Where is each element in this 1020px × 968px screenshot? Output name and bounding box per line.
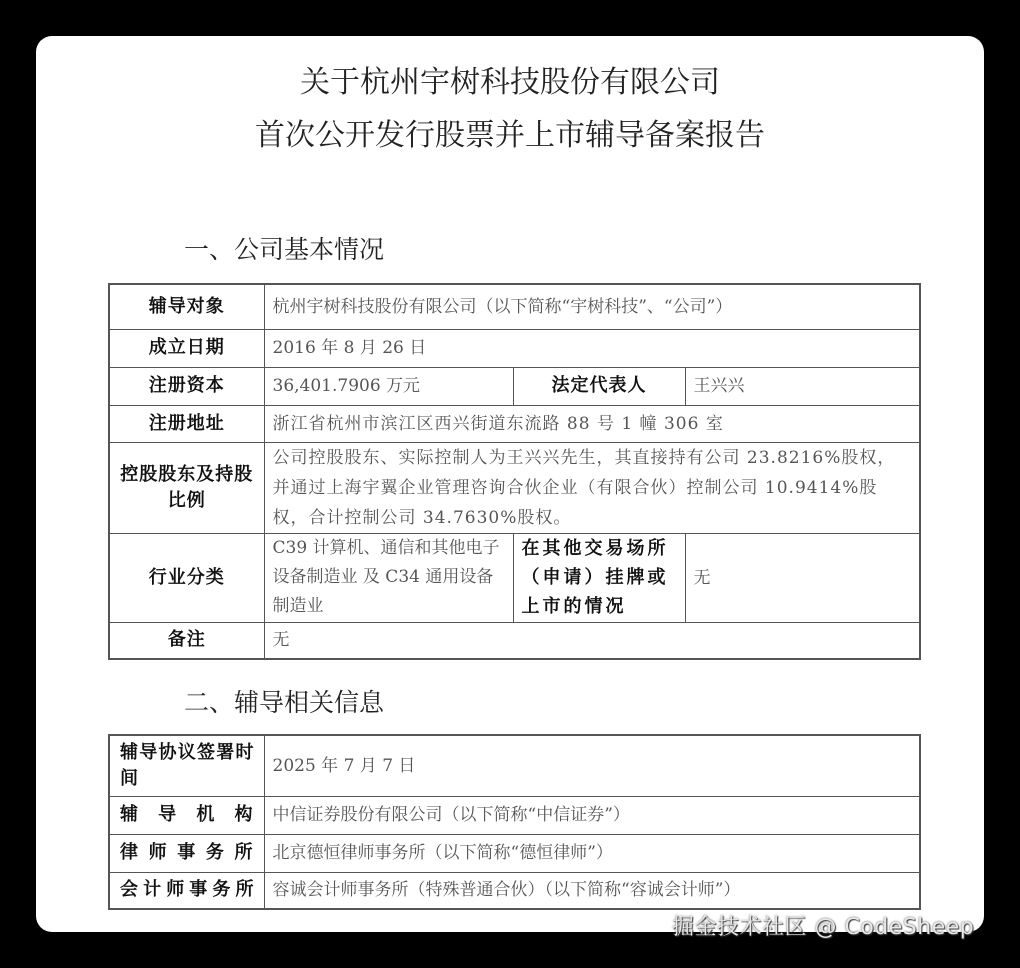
label-other-listing: 在其他交易场所（申请）挂牌或上市的情况 [513,533,685,622]
company-info-table: 辅导对象 杭州宇树科技股份有限公司（以下简称“宇树科技”、“公司”） 成立日期 … [108,283,921,660]
table-row: 成立日期 2016 年 8 月 26 日 [109,329,920,367]
tutoring-info-table: 辅导协议签署时间 2025 年 7 月 7 日 辅导机构 中信证券股份有限公司（… [108,734,921,910]
value-law-firm: 北京德恒律师事务所（以下简称“德恒律师”） [264,834,920,872]
table-row: 辅导机构 中信证券股份有限公司（以下简称“中信证券”） [109,796,920,834]
value-other-listing: 无 [685,533,920,622]
table-row: 律师事务所 北京德恒律师事务所（以下简称“德恒律师”） [109,834,920,872]
table-row: 控股股东及持股比例 公司控股股东、实际控制人为王兴兴先生，其直接持有公司 23.… [109,442,920,533]
label-agreement-date: 辅导协议签署时间 [109,735,264,796]
table-row: 注册资本 36,401.7906 万元 法定代表人 王兴兴 [109,367,920,405]
label-institution: 辅导机构 [109,796,264,834]
value-agreement-date: 2025 年 7 月 7 日 [264,735,920,796]
label-remarks: 备注 [109,622,264,659]
label-legal-rep: 法定代表人 [513,367,685,405]
section-heading-company-info: 一、公司基本情况 [184,230,384,266]
document-title-line1: 关于杭州宇树科技股份有限公司 [0,57,1020,101]
value-industry: C39 计算机、通信和其他电子设备制造业 及 C34 通用设备制造业 [264,533,513,622]
value-accounting-firm: 容诚会计师事务所（特殊普通合伙）（以下简称“容诚会计师”） [264,872,920,909]
value-founded: 2016 年 8 月 26 日 [264,329,920,367]
label-industry: 行业分类 [109,533,264,622]
section-heading-tutoring-info: 二、辅导相关信息 [184,683,384,719]
value-legal-rep: 王兴兴 [685,367,920,405]
value-remarks: 无 [264,622,920,659]
table-row: 辅导对象 杭州宇树科技股份有限公司（以下简称“宇树科技”、“公司”） [109,284,920,329]
document-title-line2: 首次公开发行股票并上市辅导备案报告 [0,110,1020,154]
table-row: 备注 无 [109,622,920,659]
value-address: 浙江省杭州市滨江区西兴街道东流路 88 号 1 幢 306 室 [264,405,920,442]
table-row: 辅导协议签署时间 2025 年 7 月 7 日 [109,735,920,796]
value-capital: 36,401.7906 万元 [264,367,513,405]
label-founded: 成立日期 [109,329,264,367]
label-law-firm: 律师事务所 [109,834,264,872]
label-capital: 注册资本 [109,367,264,405]
watermark: 掘金技术社区 @ CodeSheep [672,910,974,941]
value-subject: 杭州宇树科技股份有限公司（以下简称“宇树科技”、“公司”） [264,284,920,329]
table-row: 行业分类 C39 计算机、通信和其他电子设备制造业 及 C34 通用设备制造业 … [109,533,920,622]
value-institution: 中信证券股份有限公司（以下简称“中信证券”） [264,796,920,834]
label-subject: 辅导对象 [109,284,264,329]
label-controller: 控股股东及持股比例 [109,442,264,533]
table-row: 会计师事务所 容诚会计师事务所（特殊普通合伙）（以下简称“容诚会计师”） [109,872,920,909]
value-controller: 公司控股股东、实际控制人为王兴兴先生，其直接持有公司 23.8216%股权，并通… [264,442,920,533]
label-accounting-firm: 会计师事务所 [109,872,264,909]
table-row: 注册地址 浙江省杭州市滨江区西兴街道东流路 88 号 1 幢 306 室 [109,405,920,442]
label-address: 注册地址 [109,405,264,442]
